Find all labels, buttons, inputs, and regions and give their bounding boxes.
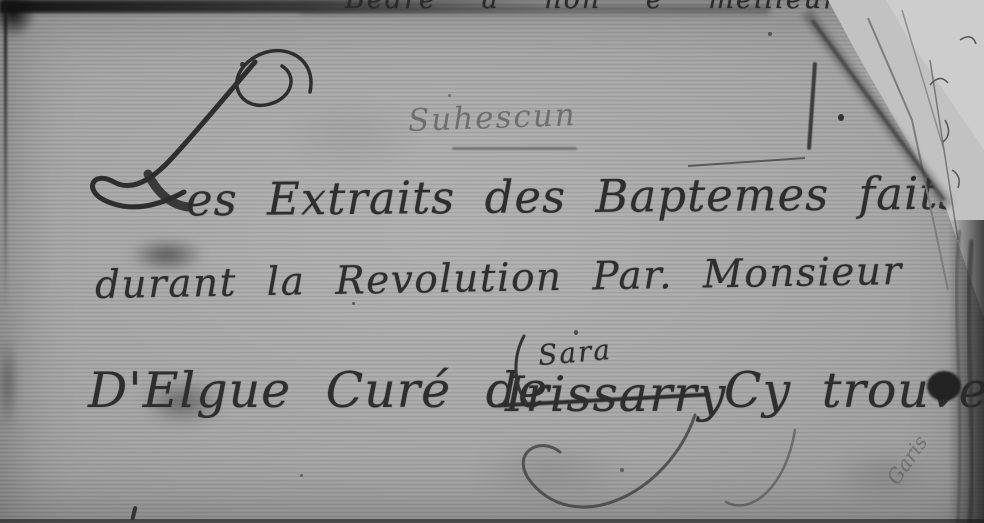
ink-stroke-mark <box>807 62 817 150</box>
title-line-rest: es Extraits des Baptemes faits <box>186 167 963 227</box>
crumple-scribbles <box>930 37 976 188</box>
ink-speck <box>574 330 578 335</box>
line-cure-prefix: D'Elgue Curé de <box>88 362 548 419</box>
ink-speck <box>838 114 844 121</box>
top-edge-text-fragment: Bedre à non e meilleur <box>345 0 838 15</box>
penciled-place-name: Suhescun <box>407 97 577 139</box>
ink-speck <box>620 468 624 472</box>
ink-speck <box>768 32 772 36</box>
paper-stain-bottom-center <box>470 440 630 500</box>
manuscript-scan: Bedre à non e meilleur Suhescun L es Ext… <box>0 0 984 523</box>
ink-speck <box>905 52 909 56</box>
inserted-place-name: Sara <box>537 333 614 372</box>
margin-note: Garis <box>882 431 933 489</box>
crossbar-flourish <box>688 158 805 166</box>
left-edge-smudge <box>0 335 18 430</box>
descender-flourish-2 <box>726 430 795 505</box>
descender-flourish <box>523 415 695 507</box>
pen-mark-bottom-left <box>130 506 137 521</box>
line-cure-suffix: Cy trouvera <box>724 362 984 419</box>
paper-stain-mid <box>280 100 420 170</box>
ink-speck <box>300 474 303 477</box>
ink-speck <box>448 94 451 97</box>
ink-speck <box>240 62 245 67</box>
left-edge-crease <box>4 0 7 310</box>
place-name-underline <box>452 147 577 150</box>
line-durant-revolution: durant la Revolution Par. Monsieur <box>95 249 903 308</box>
bottom-edge-shadow <box>0 519 984 523</box>
